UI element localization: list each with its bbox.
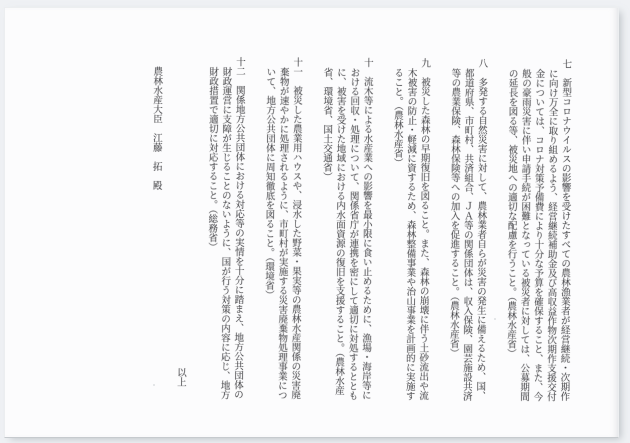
doc-line: 十二 関係地方公共団体における対応等の実情を十分に踏まえ、地方公共団体の	[229, 57, 245, 400]
doc-line: に向け万全に取り組めるよう、経営継続補助金及び高収益作物次期作支援交付	[542, 59, 558, 402]
doc-line: 十一 被災した農業用ハウスや、浸水した野菜・果実等の農林水産関係の災害廃	[286, 57, 302, 400]
scanned-document-image: 七 新型コロナウイルスの影響を受けたすべての農林漁業者が経営継続・次期作 に向け…	[0, 0, 630, 443]
item-9: 九 被災した森林の早期復旧を図ること。また、森林の崩壊に伴う土砂流出や流 木被害…	[387, 58, 429, 401]
item-11: 十一 被災した農業用ハウスや、浸水した野菜・果実等の農林水産関係の災害廃 棄物が…	[260, 57, 302, 400]
addressee-line: 農林水産大臣 江藤 拓 殿	[147, 56, 163, 399]
doc-line: 般の豪雨災害に伴い申請手続が困難となっている被災者に対しては、公募期間	[515, 59, 531, 402]
doc-line: 棄物が速やかに処理されるように、市町村が実施する災害廃棄物処理事業につ	[273, 57, 289, 400]
scanned-page: 七 新型コロナウイルスの影響を受けたすべての農林漁業者が経営継続・次期作 に向け…	[4, 7, 619, 438]
doc-line: 等の農業保険、森林保険等への加入を促進すること。（農林水産省）	[445, 58, 461, 401]
scan-speck	[153, 384, 155, 386]
doc-line: 十 流木等による水産業への影響を最小限に食い止めるために、漁場・海岸等に	[357, 58, 373, 401]
item-8: 八 多発する自然災害に対して、農林業者自らが災害の発生に備えるため、国、 都道府…	[445, 58, 487, 401]
doc-line: 省、環境省、国土交通省）	[317, 57, 333, 400]
item-7: 七 新型コロナウイルスの影響を受けたすべての農林漁業者が経営継続・次期作 に向け…	[502, 59, 571, 402]
doc-line: 九 被災した森林の早期復旧を図ること。また、森林の崩壊に伴う土砂流出や流	[414, 58, 430, 401]
closing-ijou: 以上	[172, 57, 188, 400]
doc-line: 木被害の防止・軽減に資するため、森林整備事業や治山事業を計画的に実施す	[401, 58, 417, 401]
doc-line: 七 新型コロナウイルスの影響を受けたすべての農林漁業者が経営継続・次期作	[555, 59, 571, 402]
doc-line: 財政運営に支障が生じることのないように、国が行う対策の内容に応じ、地方	[216, 57, 232, 400]
item-10: 十 流木等による水産業への影響を最小限に食い止めるために、漁場・海岸等に おける…	[317, 57, 373, 400]
doc-line: 金については、コロナ対策予備費により十分な予算を確保すること、また、今	[529, 59, 545, 402]
doc-line: 都道府県、市町村、共済組合、ＪＡ等の関係団体は、収入保険、園芸施設共済	[458, 58, 474, 401]
item-12: 十二 関係地方公共団体における対応等の実情を十分に踏まえ、地方公共団体の 財政運…	[202, 57, 244, 400]
doc-line: に、被害を受けた地域における内水面資源の復旧を支援すること。（農林水産	[330, 58, 346, 401]
doc-line: 八 多発する自然災害に対して、農林業者自らが災害の発生に備えるため、国、	[471, 58, 487, 401]
scan-speck	[494, 318, 496, 320]
scan-speck	[365, 123, 368, 125]
doc-line: おける回収・処理について、関係省庁が連携を密にして適切に対処するととも	[344, 58, 360, 401]
doc-line: の延長を図る等、被災地への適切な配慮を行うこと。（農林水産省）	[502, 59, 518, 402]
vertical-text-document: 七 新型コロナウイルスの影響を受けたすべての農林漁業者が経営継続・次期作 に向け…	[131, 56, 571, 402]
